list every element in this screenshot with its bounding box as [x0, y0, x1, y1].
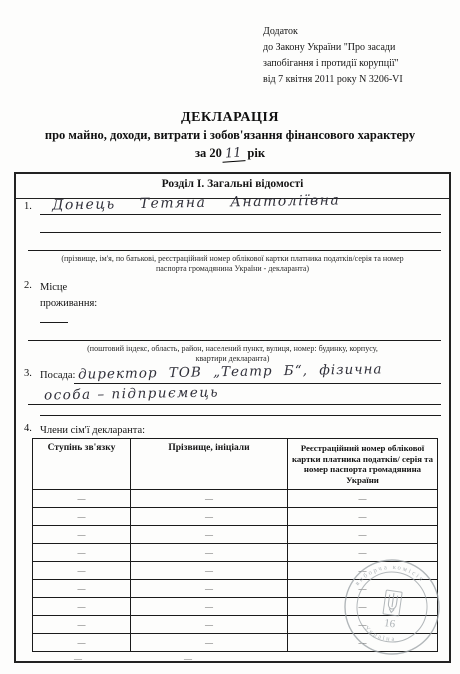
page-title: ДЕКЛАРАЦІЯ про майно, доходи, витрати і …	[0, 110, 460, 162]
item2-number: 2.	[24, 280, 32, 291]
table-cell: —	[33, 634, 131, 652]
below-table-dash: —	[184, 654, 192, 663]
item3-label: Посада:	[40, 368, 75, 384]
item4-number: 4.	[24, 423, 32, 434]
ruled-line	[28, 404, 441, 405]
table-row: ———	[33, 526, 438, 544]
table-cell: —	[131, 616, 288, 634]
declaration-document: Додаток до Закону України "Про засади за…	[0, 0, 460, 674]
title-main: ДЕКЛАРАЦІЯ	[0, 110, 460, 126]
table-cell: —	[33, 508, 131, 526]
annex-reference: Додаток до Закону України "Про засади за…	[263, 24, 403, 88]
table-cell: —	[131, 526, 288, 544]
annex-line: до Закону України "Про засади	[263, 40, 403, 56]
family-table-header-relation: Ступінь зв'язку	[33, 439, 131, 490]
table-cell: —	[288, 526, 438, 544]
table-row: ———	[33, 508, 438, 526]
trident-icon	[387, 593, 398, 613]
table-cell: —	[131, 508, 288, 526]
table-row: ———	[33, 490, 438, 508]
family-table-header-name: Прізвище, ініціали	[131, 439, 288, 490]
round-stamp: 16 виборча комісія Україна	[336, 551, 449, 664]
ruled-line	[40, 214, 441, 215]
table-cell: —	[131, 544, 288, 562]
item1-caption: (прізвище, ім'я, по батькові, реєстрацій…	[54, 254, 411, 274]
handwritten-position-line1: директор ТОВ „Театр Б“, фізична	[78, 361, 383, 382]
table-cell: —	[131, 562, 288, 580]
ruled-line	[40, 415, 441, 416]
ruled-line	[74, 383, 441, 384]
table-cell: —	[33, 580, 131, 598]
table-cell: —	[33, 544, 131, 562]
table-cell: —	[131, 580, 288, 598]
title-year-line: за 2011рік	[0, 146, 460, 162]
year-prefix: за 20	[195, 146, 222, 160]
ruled-line	[40, 232, 441, 233]
item2-label: Місце проживання:	[40, 280, 124, 312]
table-cell: —	[131, 634, 288, 652]
table-cell: —	[131, 598, 288, 616]
family-table-header-taxid: Реєстраційний номер облікової картки пла…	[288, 439, 438, 490]
table-cell: —	[288, 490, 438, 508]
ruled-line	[28, 340, 441, 341]
table-cell: —	[33, 490, 131, 508]
ruled-line	[40, 322, 68, 323]
handwritten-position-line2: особа – підприємець	[44, 384, 219, 403]
table-cell: —	[33, 616, 131, 634]
below-table-dash: —	[74, 654, 82, 663]
year-suffix: рік	[247, 146, 265, 160]
title-subtitle: про майно, доходи, витрати і зобов'язанн…	[0, 128, 460, 143]
family-table-header-row: Ступінь зв'язку Прізвище, ініціали Реєст…	[33, 439, 438, 490]
ruled-line	[28, 250, 441, 251]
table-cell: —	[131, 490, 288, 508]
annex-line: від 7 квітня 2011 року N 3206-VI	[263, 72, 403, 88]
item3-number: 3.	[24, 368, 32, 379]
item1-number: 1.	[24, 201, 32, 212]
table-cell: —	[288, 508, 438, 526]
table-cell: —	[33, 562, 131, 580]
item4-label: Члени сім'ї декларанта:	[40, 423, 145, 439]
annex-line: Додаток	[263, 24, 403, 40]
stamp-number: 16	[383, 617, 396, 630]
table-cell: —	[33, 526, 131, 544]
table-cell: —	[33, 598, 131, 616]
annex-line: запобігання і протидії корупції"	[263, 56, 403, 72]
year-handwritten-value: 11	[221, 145, 245, 163]
